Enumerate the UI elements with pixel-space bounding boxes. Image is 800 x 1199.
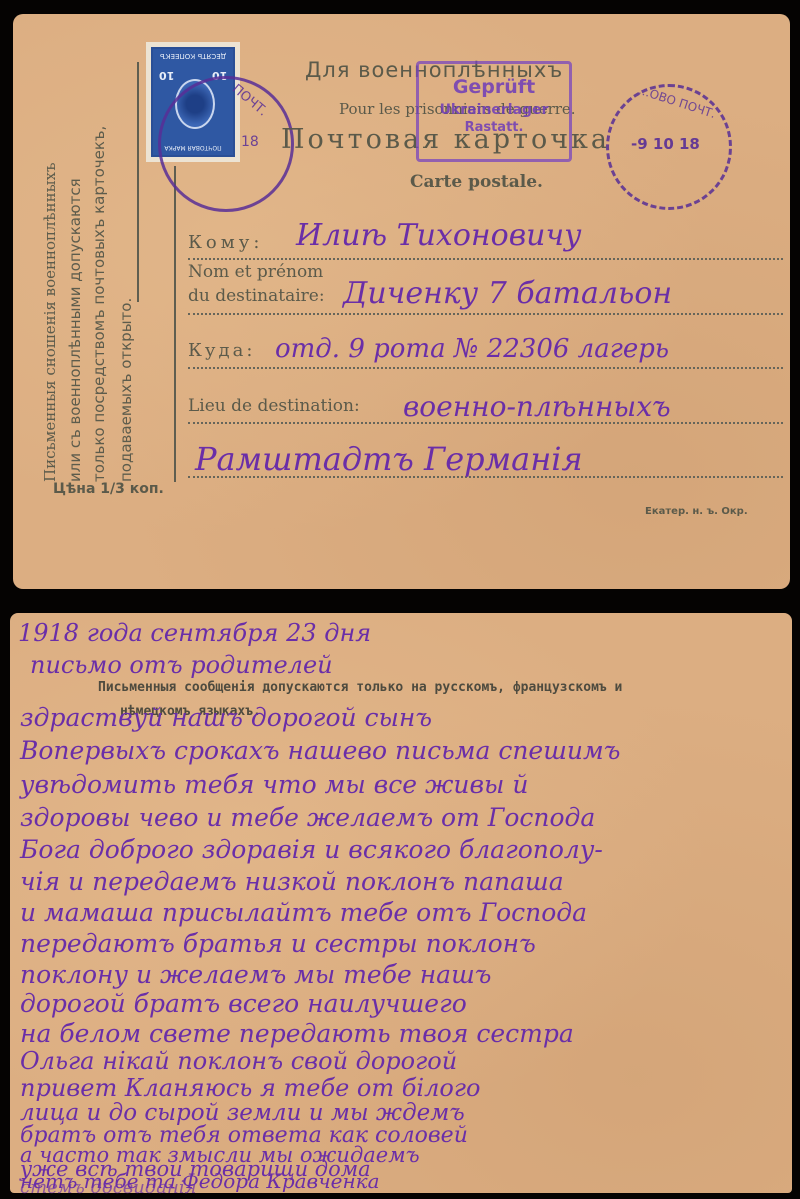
postcard-front: Письменныя сношенія военноплѣнныхъ или с… bbox=[13, 14, 790, 589]
address-line-3 bbox=[188, 367, 783, 369]
side-notice-line-1: Письменныя сношенія военноплѣнныхъ bbox=[41, 162, 59, 482]
letter-line: поклону и желаемъ мы тебе нашъ bbox=[20, 960, 491, 989]
censor-line-1: Geprüft bbox=[419, 76, 569, 98]
letter-line: увѣдомить тебя что мы все живы й bbox=[20, 770, 528, 799]
letter-line: чія и передаемъ низкой поклонъ папаша bbox=[20, 867, 564, 896]
divider-line-left bbox=[137, 62, 139, 302]
letter-subtitle-line: письмо отъ родителей bbox=[30, 651, 333, 679]
letter-line: на белом свете передають твоя сестра bbox=[20, 1019, 574, 1048]
letter-line: стемъ досвиданія bbox=[20, 1177, 197, 1198]
postmark-left-date: 18 bbox=[241, 134, 259, 150]
censor-line-2: Ukrainerlager bbox=[419, 102, 569, 118]
letter-line: Вопервыхъ срокахъ нашево письма спешимъ bbox=[20, 736, 620, 765]
address-line-1 bbox=[188, 258, 783, 260]
side-notice-line-2: или съ военноплѣнными допускаются bbox=[66, 178, 84, 482]
letter-line: здраствуй нашъ дорогой сынъ bbox=[20, 703, 432, 732]
censor-line-3: Rastatt. bbox=[419, 120, 569, 135]
letter-line: передаютъ братья и сестры поклонъ bbox=[20, 929, 536, 958]
label-nom-2: du destinataire: bbox=[188, 286, 325, 306]
postcard-back: 1918 года сентября 23 дня письмо отъ род… bbox=[10, 613, 792, 1193]
letter-line: Ольга нікай поклонъ свой дорогой bbox=[20, 1047, 457, 1075]
letter-date-line: 1918 года сентября 23 дня bbox=[18, 619, 371, 647]
printer-imprint: Екатер. н. ъ. Окр. bbox=[645, 506, 748, 517]
letter-line: привет Кланяюсь я тебе от білого bbox=[20, 1074, 480, 1102]
postmark-right-date: -9 10 18 bbox=[631, 135, 700, 153]
address-handwriting-4: военно-плѣнныхъ bbox=[403, 390, 671, 423]
divider-line-right bbox=[174, 166, 176, 482]
label-lieu: Lieu de destination: bbox=[188, 396, 360, 416]
title-french: Carte postale. bbox=[410, 172, 543, 192]
letter-line: здоровы чево и тебе желаемъ от Господа bbox=[20, 803, 595, 832]
stamp-value-left: 10 bbox=[159, 69, 174, 82]
letter-line: и мамаша присылайтъ тебе отъ Господа bbox=[20, 898, 587, 927]
postmark-right: ...ОВО ПОЧТ. -9 10 18 bbox=[606, 84, 732, 210]
address-line-2 bbox=[188, 313, 783, 315]
printed-notice-1: Письменныя сообщенія допускаются только … bbox=[98, 680, 622, 695]
label-nom-1: Nom et prénom bbox=[188, 262, 323, 282]
letter-line: Бога доброго здоравія и всякого благопол… bbox=[20, 835, 603, 864]
side-notice-line-4: подаваемыхъ открыто. bbox=[117, 298, 135, 482]
address-handwriting-3: отд. 9 рота № 22306 лагерь bbox=[275, 334, 669, 364]
label-komu: Кому: bbox=[188, 232, 263, 253]
postmark-left: ПОЧТ. 18 bbox=[158, 76, 294, 212]
address-handwriting-5: Рамштадтъ Германія bbox=[195, 440, 583, 478]
postmark-right-text: ...ОВО ПОЧТ. bbox=[637, 83, 718, 121]
censor-stamp: Geprüft Ukrainerlager Rastatt. bbox=[416, 61, 572, 162]
side-notice-line-3: только посредствомъ почтовыхъ карточекъ, bbox=[90, 126, 108, 482]
address-handwriting-1: Илиѣ Тихоновичу bbox=[296, 218, 582, 253]
stamp-top-text: ДЕСЯТЬ КОПЕЕКЪ bbox=[153, 52, 233, 60]
price-label: Цѣна 1/3 коп. bbox=[53, 481, 164, 497]
letter-line: дорогой братъ всего наилучшего bbox=[20, 989, 467, 1018]
label-kuda: Куда: bbox=[188, 340, 255, 361]
postmark-left-text: ПОЧТ. bbox=[229, 82, 270, 120]
address-handwriting-2: Диченку 7 батальон bbox=[343, 276, 672, 311]
